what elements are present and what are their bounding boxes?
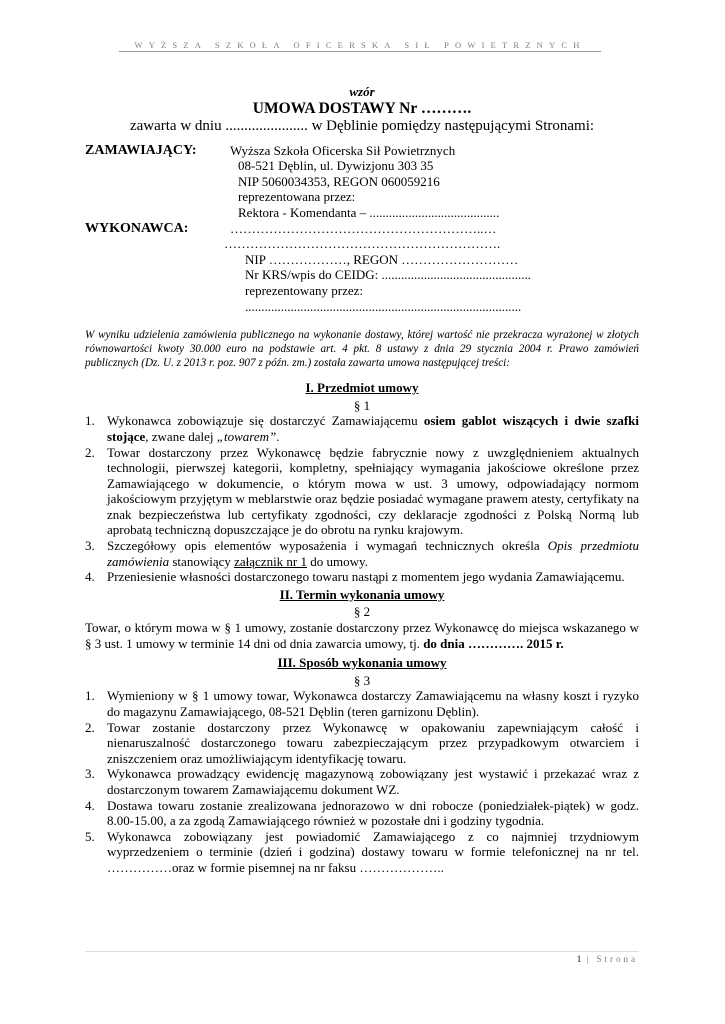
party-line: reprezentowana przez: <box>230 189 639 205</box>
item-text: Szczegółowy opis elementów wyposażenia i… <box>107 538 548 553</box>
intro-paragraph: W wyniku udzielenia zamówienia publiczne… <box>85 328 639 370</box>
item-text: , zwane dalej <box>145 429 216 444</box>
party-zamawiajacy: ZAMAWIAJĄCY: Wyższa Szkoła Oficerska Sił… <box>85 143 639 221</box>
section-title: I. Przedmiot umowy <box>85 380 639 396</box>
list-item: 2. Towar zostanie dostarczony przez Wyko… <box>85 720 639 767</box>
party-line: Nr KRS/wpis do CEIDG: ..................… <box>230 267 639 283</box>
item-text: Wykonawca prowadzący ewidencję magazynow… <box>107 766 639 797</box>
section-title: II. Termin wykonania umowy <box>85 587 639 603</box>
party-line: …………………………………………………..… <box>230 221 639 237</box>
document-subtitle: zawarta w dniu ...................... w … <box>85 117 639 135</box>
item-text: Towar dostarczony przez Wykonawcę będzie… <box>107 445 639 539</box>
item-text: Dostawa towaru zostanie zrealizowana jed… <box>107 798 639 829</box>
item-number: 4. <box>85 798 107 829</box>
template-label: wzór <box>85 84 639 100</box>
section-list: 1. Wykonawca zobowiązuje się dostarczyć … <box>85 413 639 585</box>
item-number: 3. <box>85 766 107 797</box>
attachment-reference: załącznik nr 1 <box>234 554 307 569</box>
list-item: 3. Szczegółowy opis elementów wyposażeni… <box>85 538 639 569</box>
item-number: 3. <box>85 538 107 569</box>
item-number: 1. <box>85 413 107 444</box>
party-label: ZAMAWIAJĄCY: <box>85 143 230 221</box>
footer-divider <box>85 951 639 952</box>
paragraph-number: § 1 <box>85 398 639 414</box>
party-line: ………………………………………………………. <box>224 236 639 252</box>
item-text: Przeniesienie własności dostarczonego to… <box>107 569 639 585</box>
document-title: UMOWA DOSTAWY Nr ………. <box>85 100 639 117</box>
paragraph-number: § 3 <box>85 673 639 689</box>
party-line: NIP 5060034353, REGON 060059216 <box>230 174 639 190</box>
item-italic-text: „towarem” <box>217 429 276 444</box>
page-number: 1 <box>577 954 582 964</box>
paragraph-number: § 2 <box>85 604 639 620</box>
party-line: NIP ………………, REGON ……………………… <box>230 252 639 268</box>
list-item: 1. Wykonawca zobowiązuje się dostarczyć … <box>85 413 639 444</box>
document-page: wzór UMOWA DOSTAWY Nr ………. zawarta w dni… <box>85 84 639 876</box>
item-number: 2. <box>85 445 107 539</box>
section-body: Towar, o którym mowa w § 1 umowy, zostan… <box>85 620 639 651</box>
party-line: Wyższa Szkoła Oficerska Sił Powietrznych <box>230 143 639 159</box>
list-item: 2. Towar dostarczony przez Wykonawcę będ… <box>85 445 639 539</box>
item-text: Wymieniony w § 1 umowy towar, Wykonawca … <box>107 688 639 719</box>
item-number: 1. <box>85 688 107 719</box>
item-text: Wykonawca zobowiązany jest powiadomić Za… <box>107 829 639 876</box>
list-item: 4. Przeniesienie własności dostarczonego… <box>85 569 639 585</box>
list-item: 5. Wykonawca zobowiązany jest powiadomić… <box>85 829 639 876</box>
item-text: Towar zostanie dostarczony przez Wykonaw… <box>107 720 639 767</box>
party-line: 08-521 Dęblin, ul. Dywizjonu 303 35 <box>230 158 639 174</box>
item-number: 2. <box>85 720 107 767</box>
party-label: WYKONAWCA: <box>85 221 230 315</box>
item-number: 4. <box>85 569 107 585</box>
party-wykonawca: WYKONAWCA: …………………………………………………..… ………………… <box>85 221 639 315</box>
deadline-text: do dnia …………. 2015 r. <box>423 636 563 651</box>
page-footer: 1 | Strona <box>577 954 638 964</box>
list-item: 3. Wykonawca prowadzący ewidencję magazy… <box>85 766 639 797</box>
list-item: 1. Wymieniony w § 1 umowy towar, Wykonaw… <box>85 688 639 719</box>
item-text: do umowy. <box>307 554 368 569</box>
page-label: Strona <box>597 954 639 964</box>
party-line: Rektora - Komendanta – .................… <box>230 205 639 221</box>
section-list: 1. Wymieniony w § 1 umowy towar, Wykonaw… <box>85 688 639 875</box>
item-number: 5. <box>85 829 107 876</box>
item-text: Wykonawca zobowiązuje się dostarczyć Zam… <box>107 413 424 428</box>
party-line: ........................................… <box>230 299 639 315</box>
party-line: reprezentowany przez: <box>230 283 639 299</box>
running-header: WYŻSZA SZKOŁA OFICERSKA SIŁ POWIETRZNYCH <box>119 40 601 52</box>
section-title: III. Sposób wykonania umowy <box>85 655 639 671</box>
list-item: 4. Dostawa towaru zostanie zrealizowana … <box>85 798 639 829</box>
item-text: . <box>276 429 279 444</box>
item-text: stanowiący <box>169 554 234 569</box>
